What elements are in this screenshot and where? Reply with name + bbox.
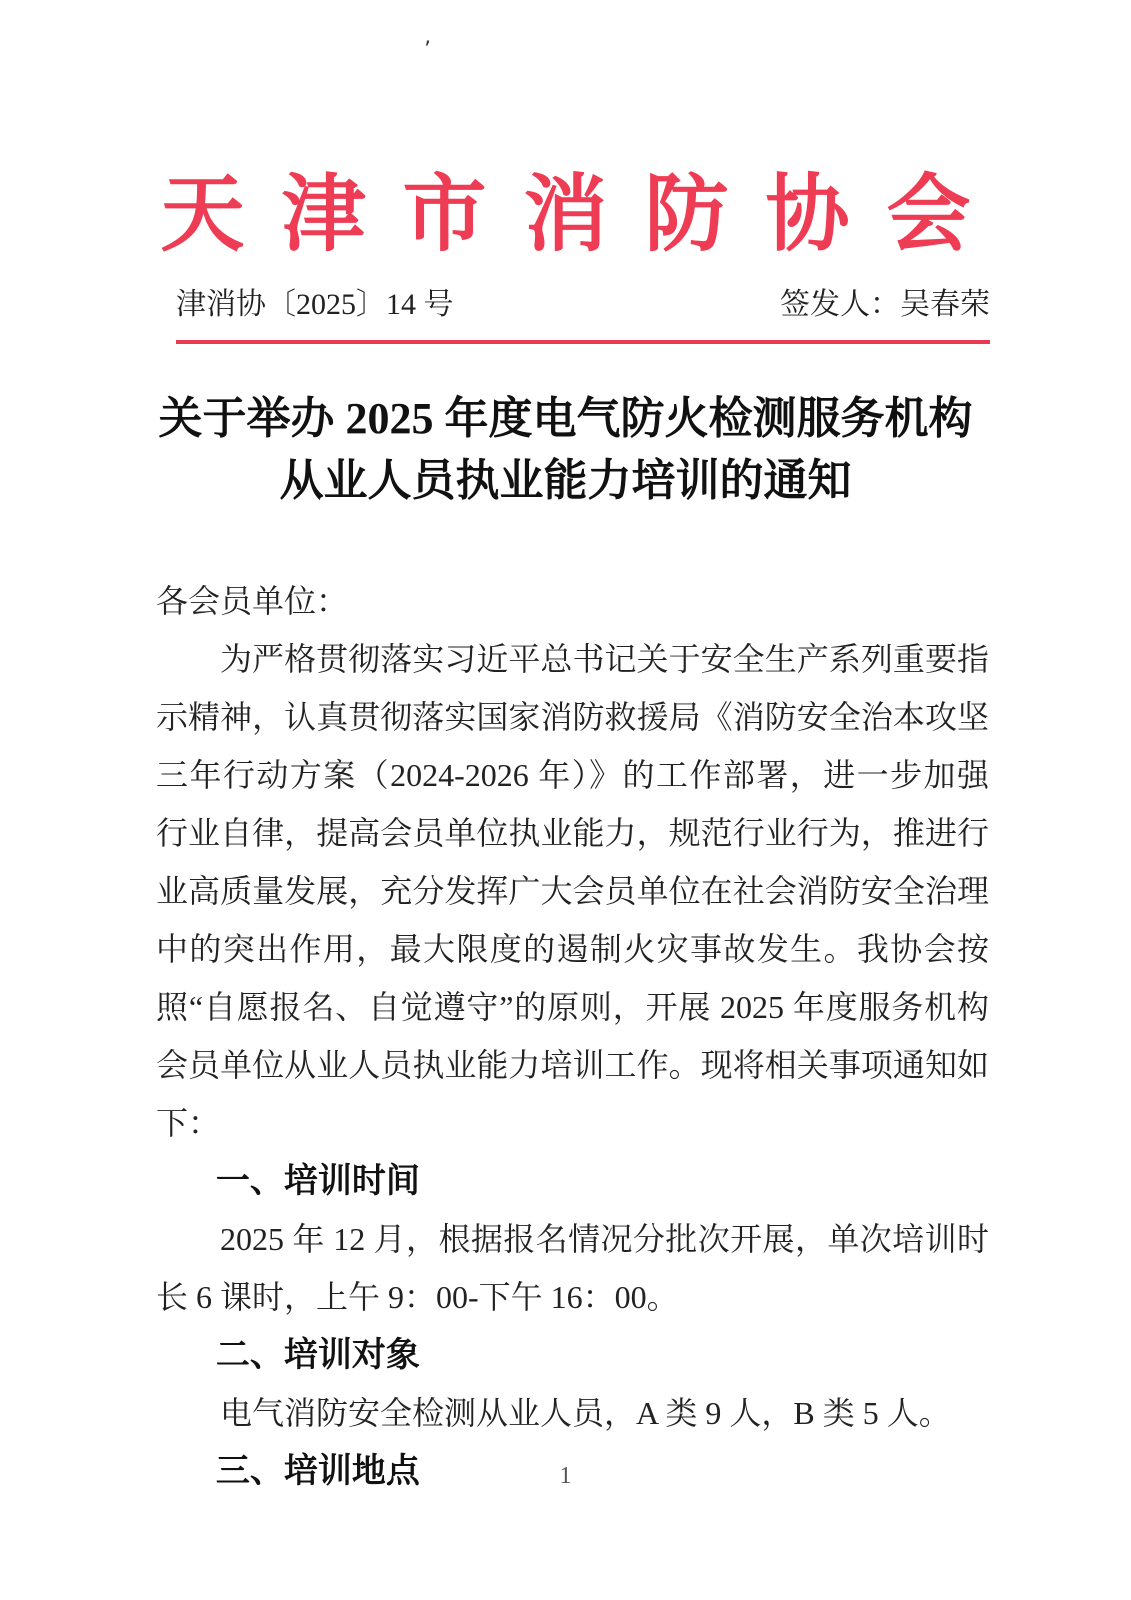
page-number: 1	[0, 1462, 1131, 1490]
red-divider-rule	[176, 340, 990, 344]
organization-masthead: 天津市消防协会	[0, 168, 1131, 264]
section-2-paragraph: 电气消防安全检测从业人员，A 类 9 人，B 类 5 人。	[156, 1384, 989, 1442]
section-2-heading: 二、培训对象	[156, 1326, 989, 1384]
issuer-label: 签发人：	[780, 288, 900, 321]
issuer: 签发人：吴春荣	[780, 288, 990, 322]
intro-paragraph: 为严格贯彻落实习近平总书记关于安全生产系列重要指示精神，认真贯彻落实国家消防救援…	[156, 630, 989, 1152]
document-title-line-2: 从业人员执业能力培训的通知	[0, 450, 1131, 512]
document-meta-row: 津消协〔2025〕14 号 签发人：吴春荣	[176, 288, 990, 322]
issuer-name: 吴春荣	[900, 288, 990, 321]
document-number: 津消协〔2025〕14 号	[176, 288, 454, 322]
section-1-heading: 一、培训时间	[156, 1152, 989, 1210]
document-page: ’ 天津市消防协会 津消协〔2025〕14 号 签发人：吴春荣 关于举办 202…	[0, 0, 1131, 1600]
document-title-line-1: 关于举办 2025 年度电气防火检测服务机构	[0, 388, 1131, 450]
salutation: 各会员单位：	[156, 572, 989, 630]
letter-body: 各会员单位： 为严格贯彻落实习近平总书记关于安全生产系列重要指示精神，认真贯彻落…	[156, 572, 989, 1500]
section-1-paragraph: 2025 年 12 月，根据报名情况分批次开展，单次培训时长 6 课时，上午 9…	[156, 1210, 989, 1326]
scan-artifact-mark: ’	[424, 38, 431, 63]
document-title: 关于举办 2025 年度电气防火检测服务机构 从业人员执业能力培训的通知	[0, 388, 1131, 512]
